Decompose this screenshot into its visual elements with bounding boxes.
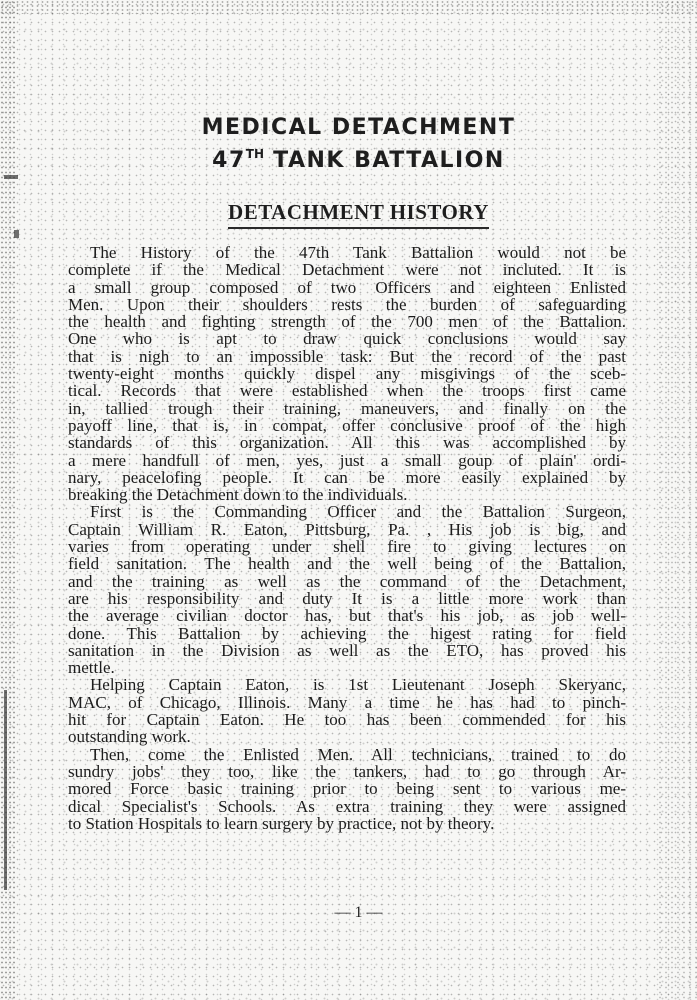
text-line: sundry jobs' they too, like the tankers,…	[68, 763, 626, 780]
paragraph: Then, come the Enlisted Men. All technic…	[68, 746, 626, 832]
text-line: payoff line, that is, in compat, offer c…	[68, 417, 626, 434]
document-title-line-1: MEDICAL DETACHMENT	[20, 115, 697, 141]
section-heading-text: DETACHMENT HISTORY	[228, 200, 489, 229]
text-line: Men. Upon their shoulders rests the burd…	[68, 296, 626, 313]
text-line: tical. Records that were established whe…	[68, 382, 626, 399]
text-line: mettle.	[68, 659, 626, 676]
text-line: in, tallied trough their training, maneu…	[68, 400, 626, 417]
text-line: outstanding work.	[68, 728, 626, 745]
text-line: dical Specialist's Schools. As extra tra…	[68, 798, 626, 815]
text-line: Then, come the Enlisted Men. All technic…	[68, 746, 626, 763]
text-line: field sanitation. The health and the wel…	[68, 555, 626, 572]
text-line: The History of the 47th Tank Battalion w…	[68, 244, 626, 261]
page-number-text: — 1 —	[335, 904, 383, 921]
text-line: a small group composed of two Officers a…	[68, 279, 626, 296]
text-line: are his responsibility and duty It is a …	[68, 590, 626, 607]
binding-mark	[4, 175, 18, 179]
paragraph: First is the Commanding Officer and the …	[68, 503, 626, 676]
section-heading: DETACHMENT HISTORY	[0, 200, 697, 229]
page-number: — 1 —	[0, 904, 697, 922]
binding-mark	[14, 230, 19, 238]
document-title-line-2: 47TH TANK BATTALION	[20, 141, 697, 174]
text-line: MAC, of Chicago, Illinois. Many a time h…	[68, 694, 626, 711]
text-line: hit for Captain Eaton. He too has been c…	[68, 711, 626, 728]
body-text: The History of the 47th Tank Battalion w…	[68, 244, 626, 832]
text-line: varies from operating under shell fire t…	[68, 538, 626, 555]
text-line: to Station Hospitals to learn surgery by…	[68, 815, 626, 832]
scan-noise-top	[0, 0, 697, 14]
text-line: a mere handfull of men, yes, just a smal…	[68, 452, 626, 469]
text-line: and the training as well as the command …	[68, 573, 626, 590]
text-line: twenty-eight months quickly dispel any m…	[68, 365, 626, 382]
paragraph: Helping Captain Eaton, is 1st Lieutenant…	[68, 676, 626, 745]
text-line: the health and fighting strength of the …	[68, 313, 626, 330]
paragraph: The History of the 47th Tank Battalion w…	[68, 244, 626, 503]
text-line: complete if the Medical Detachment were …	[68, 261, 626, 278]
text-line: Captain William R. Eaton, Pittsburg, Pa.…	[68, 521, 626, 538]
text-line: the average civilian doctor has, but tha…	[68, 607, 626, 624]
text-line: nary, peacelofing people. It can be more…	[68, 469, 626, 486]
text-line: standards of this organization. All this…	[68, 434, 626, 451]
unit-name: TANK BATTALION	[264, 148, 505, 173]
text-line: mored Force basic training prior to bein…	[68, 780, 626, 797]
document-header: MEDICAL DETACHMENT 47TH TANK BATTALION	[0, 115, 697, 174]
text-line: First is the Commanding Officer and the …	[68, 503, 626, 520]
text-line: done. This Battalion by achieving the hi…	[68, 625, 626, 642]
text-line: that is nigh to an impossible task: But …	[68, 348, 626, 365]
binding-mark	[4, 690, 7, 890]
text-line: One who is apt to draw quick conclusions…	[68, 330, 626, 347]
text-line: breaking the Detachment down to the indi…	[68, 486, 626, 503]
text-line: Helping Captain Eaton, is 1st Lieutenant…	[68, 676, 626, 693]
unit-number: 47	[212, 148, 246, 173]
unit-number-suffix: TH	[246, 147, 264, 161]
text-line: sanitation in the Division as well as th…	[68, 642, 626, 659]
